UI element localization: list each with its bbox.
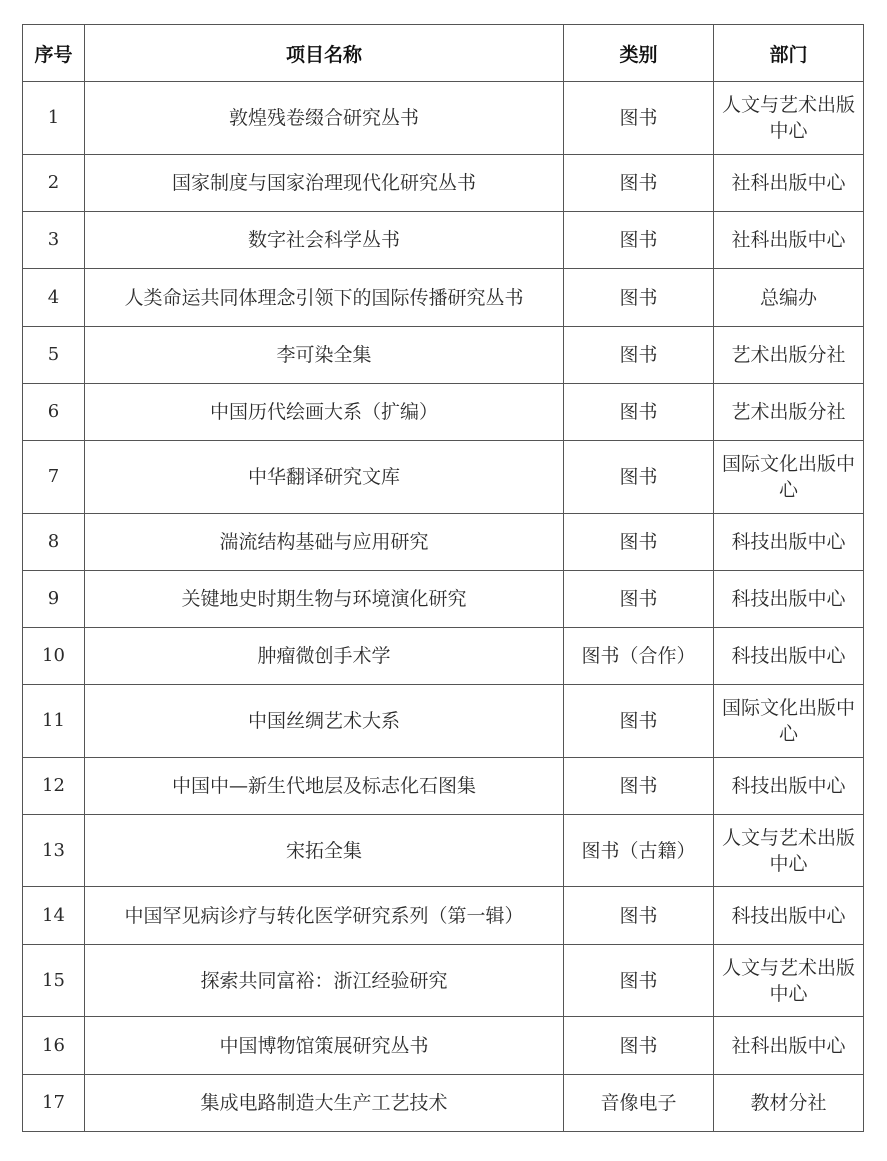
cell-category: 图书 [564, 514, 714, 571]
cell-name: 中国丝绸艺术大系 [85, 685, 564, 758]
table-row: 5 李可染全集 图书 艺术出版分社 [23, 327, 864, 384]
cell-department: 教材分社 [714, 1075, 864, 1132]
cell-name: 中国博物馆策展研究丛书 [85, 1017, 564, 1075]
cell-department: 科技出版中心 [714, 514, 864, 571]
project-table: 序号 项目名称 类别 部门 1 敦煌残卷缀合研究丛书 图书 人文与艺术出版中心 … [22, 24, 864, 1132]
cell-no: 8 [23, 514, 85, 571]
cell-name: 中国中—新生代地层及标志化石图集 [85, 758, 564, 815]
cell-category: 图书 [564, 269, 714, 327]
table-row: 14 中国罕见病诊疗与转化医学研究系列（第一辑） 图书 科技出版中心 [23, 887, 864, 945]
table-row: 7 中华翻译研究文库 图书 国际文化出版中心 [23, 441, 864, 514]
cell-no: 17 [23, 1075, 85, 1132]
cell-category: 图书（合作） [564, 628, 714, 685]
cell-no: 5 [23, 327, 85, 384]
table-row: 8 湍流结构基础与应用研究 图书 科技出版中心 [23, 514, 864, 571]
cell-category: 图书 [564, 384, 714, 441]
cell-name: 湍流结构基础与应用研究 [85, 514, 564, 571]
header-department: 部门 [714, 25, 864, 82]
cell-name: 肿瘤微创手术学 [85, 628, 564, 685]
table-header-row: 序号 项目名称 类别 部门 [23, 25, 864, 82]
cell-category: 图书 [564, 441, 714, 514]
cell-department: 艺术出版分社 [714, 327, 864, 384]
cell-name: 中国历代绘画大系（扩编） [85, 384, 564, 441]
cell-name: 关键地史时期生物与环境演化研究 [85, 571, 564, 628]
table-row: 16 中国博物馆策展研究丛书 图书 社科出版中心 [23, 1017, 864, 1075]
table-row: 13 宋拓全集 图书（古籍） 人文与艺术出版中心 [23, 815, 864, 887]
cell-no: 12 [23, 758, 85, 815]
cell-name: 宋拓全集 [85, 815, 564, 887]
cell-name: 中华翻译研究文库 [85, 441, 564, 514]
header-name: 项目名称 [85, 25, 564, 82]
cell-no: 11 [23, 685, 85, 758]
table-row: 6 中国历代绘画大系（扩编） 图书 艺术出版分社 [23, 384, 864, 441]
cell-no: 13 [23, 815, 85, 887]
cell-department: 社科出版中心 [714, 155, 864, 212]
cell-department: 科技出版中心 [714, 758, 864, 815]
cell-no: 6 [23, 384, 85, 441]
cell-no: 2 [23, 155, 85, 212]
cell-department: 艺术出版分社 [714, 384, 864, 441]
cell-name: 国家制度与国家治理现代化研究丛书 [85, 155, 564, 212]
cell-department: 国际文化出版中心 [714, 685, 864, 758]
cell-category: 图书 [564, 82, 714, 155]
cell-department: 总编办 [714, 269, 864, 327]
cell-category: 图书 [564, 685, 714, 758]
cell-category: 图书 [564, 887, 714, 945]
cell-name: 集成电路制造大生产工艺技术 [85, 1075, 564, 1132]
cell-no: 4 [23, 269, 85, 327]
cell-category: 图书（古籍） [564, 815, 714, 887]
cell-department: 人文与艺术出版中心 [714, 82, 864, 155]
cell-category: 图书 [564, 1017, 714, 1075]
table-row: 12 中国中—新生代地层及标志化石图集 图书 科技出版中心 [23, 758, 864, 815]
cell-category: 图书 [564, 212, 714, 269]
cell-department: 人文与艺术出版中心 [714, 945, 864, 1017]
cell-department: 社科出版中心 [714, 1017, 864, 1075]
cell-category: 图书 [564, 758, 714, 815]
header-no: 序号 [23, 25, 85, 82]
table-row: 17 集成电路制造大生产工艺技术 音像电子 教材分社 [23, 1075, 864, 1132]
cell-no: 1 [23, 82, 85, 155]
cell-no: 10 [23, 628, 85, 685]
cell-department: 人文与艺术出版中心 [714, 815, 864, 887]
table-row: 9 关键地史时期生物与环境演化研究 图书 科技出版中心 [23, 571, 864, 628]
cell-category: 音像电子 [564, 1075, 714, 1132]
table-row: 4 人类命运共同体理念引领下的国际传播研究丛书 图书 总编办 [23, 269, 864, 327]
cell-no: 7 [23, 441, 85, 514]
table-row: 2 国家制度与国家治理现代化研究丛书 图书 社科出版中心 [23, 155, 864, 212]
table-row: 10 肿瘤微创手术学 图书（合作） 科技出版中心 [23, 628, 864, 685]
table-row: 11 中国丝绸艺术大系 图书 国际文化出版中心 [23, 685, 864, 758]
cell-name: 敦煌残卷缀合研究丛书 [85, 82, 564, 155]
cell-department: 科技出版中心 [714, 571, 864, 628]
cell-category: 图书 [564, 155, 714, 212]
cell-category: 图书 [564, 327, 714, 384]
cell-no: 3 [23, 212, 85, 269]
cell-department: 社科出版中心 [714, 212, 864, 269]
table-row: 3 数字社会科学丛书 图书 社科出版中心 [23, 212, 864, 269]
cell-name: 探索共同富裕：浙江经验研究 [85, 945, 564, 1017]
cell-no: 16 [23, 1017, 85, 1075]
cell-no: 9 [23, 571, 85, 628]
header-category: 类别 [564, 25, 714, 82]
table-row: 15 探索共同富裕：浙江经验研究 图书 人文与艺术出版中心 [23, 945, 864, 1017]
cell-name: 数字社会科学丛书 [85, 212, 564, 269]
cell-no: 14 [23, 887, 85, 945]
cell-name: 中国罕见病诊疗与转化医学研究系列（第一辑） [85, 887, 564, 945]
cell-department: 科技出版中心 [714, 887, 864, 945]
cell-name: 李可染全集 [85, 327, 564, 384]
table-row: 1 敦煌残卷缀合研究丛书 图书 人文与艺术出版中心 [23, 82, 864, 155]
cell-category: 图书 [564, 571, 714, 628]
cell-department: 科技出版中心 [714, 628, 864, 685]
cell-name: 人类命运共同体理念引领下的国际传播研究丛书 [85, 269, 564, 327]
cell-no: 15 [23, 945, 85, 1017]
cell-department: 国际文化出版中心 [714, 441, 864, 514]
cell-category: 图书 [564, 945, 714, 1017]
